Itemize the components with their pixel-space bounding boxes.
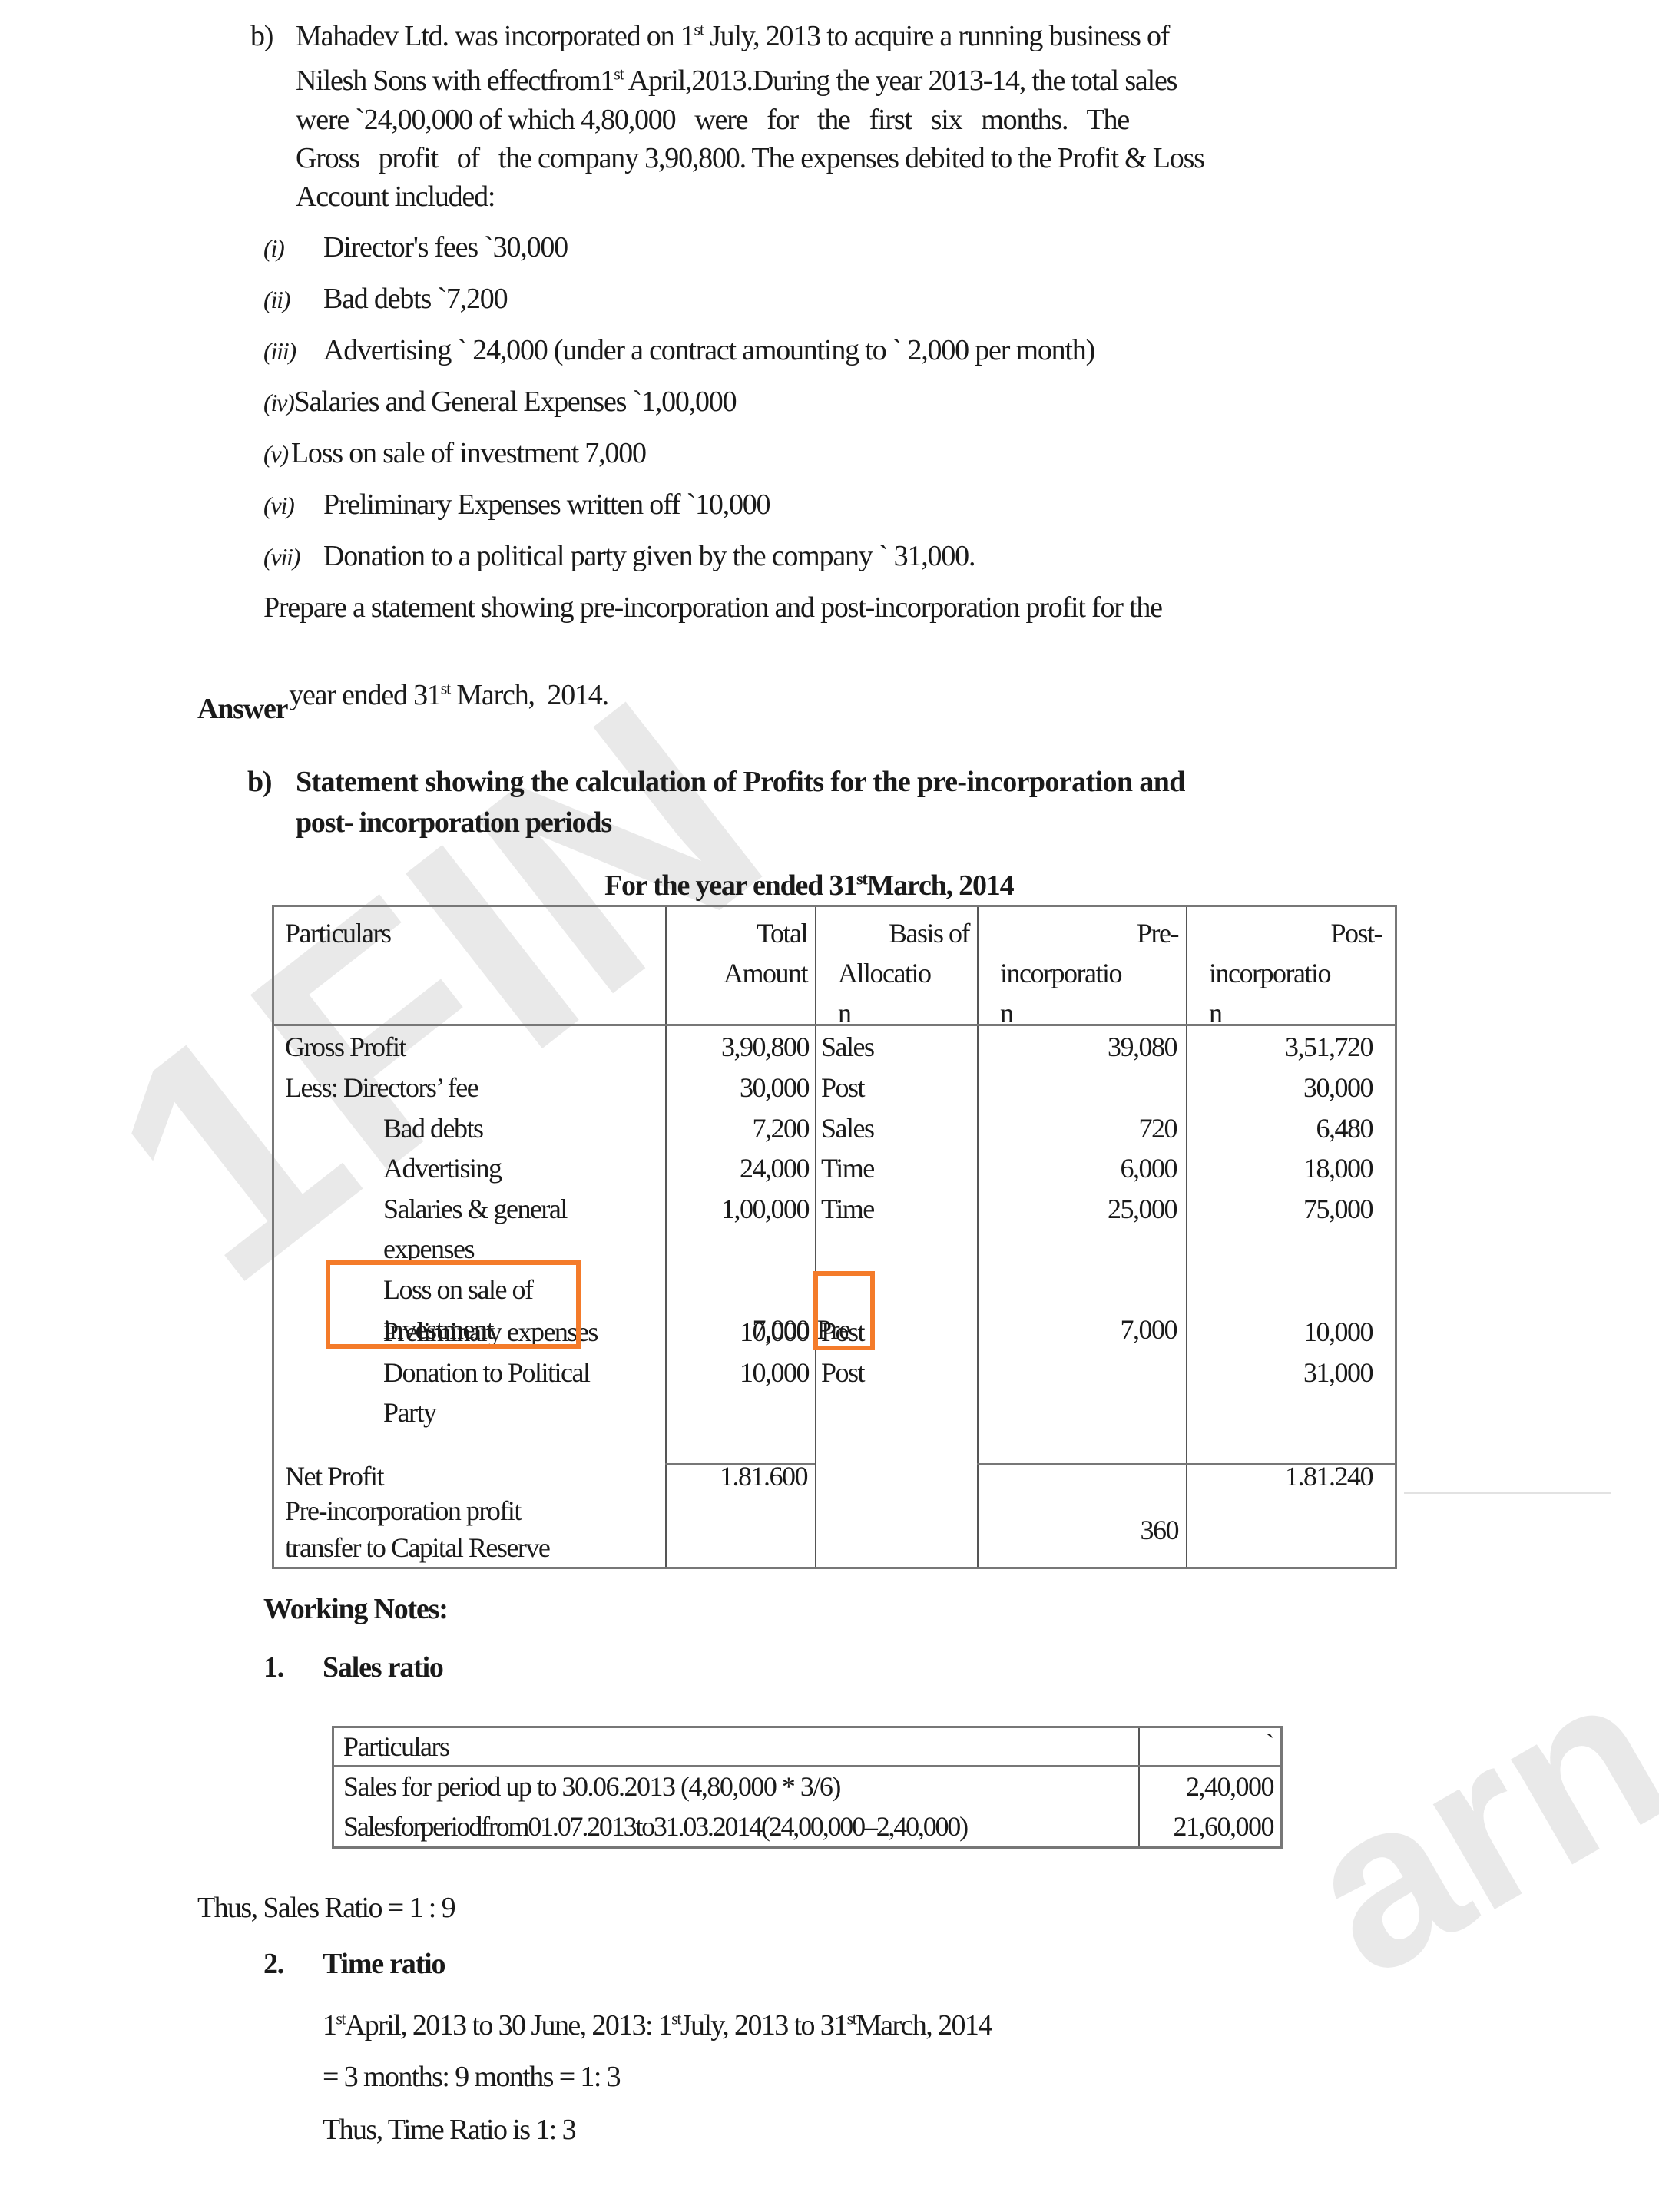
item-text: Advertising ` 24,000 (under a contract a…	[323, 334, 1094, 366]
row-basis: Sales	[821, 1027, 967, 1067]
row-particulars: Less: Directors’ fee	[285, 1068, 478, 1108]
row-total: 24,000	[665, 1148, 809, 1188]
time-ratio-conclusion: Thus, Time Ratio is 1: 3	[323, 2111, 575, 2149]
header-basis: Basis of Allocatio n	[815, 913, 969, 1033]
row-particulars: Salaries & generalexpenses	[383, 1189, 567, 1269]
sales-header-particulars: Particulars	[343, 1727, 449, 1767]
row-basis: Post	[821, 1353, 967, 1392]
row-total: 30,000	[665, 1068, 809, 1108]
header-total: TotalAmount	[665, 913, 807, 993]
item-number: (vii)	[263, 538, 323, 576]
time-ratio-period: 1stApril, 2013 to 30 June, 2013: 1stJuly…	[323, 2006, 992, 2045]
working-notes-title: Working Notes:	[263, 1590, 448, 1628]
question-line-5: Account included:	[296, 177, 495, 216]
capital-reserve-pre: 360	[977, 1510, 1178, 1550]
row-total: 3,90,800	[665, 1027, 809, 1067]
sales-ratio-title: Sales ratio	[323, 1648, 443, 1687]
statement-heading-line-2: post- incorporation periods	[296, 803, 611, 842]
row-pre: 39,080	[977, 1027, 1177, 1067]
item-number: (iii)	[263, 332, 323, 370]
question-line-1: Mahadev Ltd. was incorporated on 1st Jul…	[296, 17, 1169, 55]
expense-item: (iv)Salaries and General Expenses `1,00,…	[263, 382, 736, 422]
stray-rule	[1404, 1492, 1611, 1494]
expense-item: (ii)Bad debts `7,200	[263, 280, 507, 319]
sales-row-2-amount: 21,60,000	[1138, 1806, 1273, 1846]
header-pre: Pre- incorporatio n	[977, 913, 1178, 1033]
profit-statement-table: Particulars TotalAmount Basis of Allocat…	[272, 905, 1397, 1569]
row-post: 30,000	[1186, 1068, 1373, 1108]
item-number: (i)	[263, 229, 323, 267]
row-basis: Post	[821, 1068, 967, 1108]
item-number: (v)	[263, 435, 288, 473]
prepare-line-1: Prepare a statement showing pre-incorpor…	[263, 588, 1162, 627]
row-particulars: Gross Profit	[285, 1027, 406, 1067]
sales-ratio-table: Particulars ` Sales for period up to 30.…	[332, 1726, 1283, 1849]
row-pre: 720	[977, 1108, 1177, 1148]
row-post: 3,51,720	[1186, 1027, 1373, 1067]
row-post: 31,000	[1186, 1353, 1373, 1392]
row-post: 75,000	[1186, 1189, 1373, 1229]
row-post: 10,000	[1186, 1312, 1373, 1352]
row-basis: Time	[821, 1148, 967, 1188]
row-particulars: Bad debts	[383, 1108, 482, 1148]
row-post: 18,000	[1186, 1148, 1373, 1188]
expense-item: (vii)Donation to a political party given…	[263, 537, 975, 576]
item-text: Loss on sale of investment 7,000	[291, 437, 646, 469]
question-label: b)	[250, 17, 273, 55]
sales-row-2-particulars: Salesforperiodfrom01.07.2013to31.03.2014…	[343, 1806, 967, 1846]
item-text: Preliminary Expenses written off `10,000	[323, 488, 770, 521]
item-text: Director's fees `30,000	[323, 231, 568, 263]
question-line-4: Gross profit of the company 3,90,800. Th…	[296, 139, 1204, 177]
capital-reserve-label: Pre-incorporation profit transfer to Cap…	[285, 1492, 549, 1566]
time-ratio-months: = 3 months: 9 months = 1: 3	[323, 2058, 620, 2096]
net-profit-post: 1.81.240	[1186, 1459, 1373, 1494]
question-line-3: were `24,00,000 of which 4,80,000 were f…	[296, 101, 1129, 139]
sales-ratio-num: 1.	[263, 1648, 283, 1687]
row-particulars: Advertising	[383, 1148, 501, 1188]
row-total: 7,200	[665, 1108, 809, 1148]
row-basis: Time	[821, 1189, 967, 1229]
sales-row-1-particulars: Sales for period up to 30.06.2013 (4,80,…	[343, 1767, 840, 1806]
sales-row-1-amount: 2,40,000	[1138, 1767, 1273, 1806]
question-line-2: Nilesh Sons with effectfrom1st April,201…	[296, 61, 1177, 100]
row-total: 1,00,000	[665, 1189, 809, 1229]
item-number: (ii)	[263, 280, 323, 319]
row-pre: 25,000	[977, 1189, 1177, 1229]
expense-item: (v)Loss on sale of investment 7,000	[263, 434, 646, 473]
expense-item: (i)Director's fees `30,000	[263, 228, 568, 267]
item-text: Bad debts `7,200	[323, 283, 507, 315]
row-post: 6,480	[1186, 1108, 1373, 1148]
row-total: 10,000	[665, 1353, 809, 1392]
header-particulars: Particulars	[285, 913, 390, 953]
item-number: (vi)	[263, 486, 323, 525]
item-text: Donation to a political party given by t…	[323, 540, 975, 572]
highlight-box-particulars	[326, 1260, 581, 1349]
sales-ratio-conclusion: Thus, Sales Ratio = 1 : 9	[197, 1889, 455, 1927]
row-total: 10,000	[665, 1312, 809, 1352]
expense-item: (iii)Advertising ` 24,000 (under a contr…	[263, 331, 1094, 370]
prepare-line-2: year ended 31st March, 2014.	[263, 637, 608, 753]
item-text: Salaries and General Expenses `1,00,000	[294, 386, 737, 418]
row-pre: 7,000	[977, 1310, 1177, 1349]
header-post: Post- incorporatio n	[1186, 913, 1382, 1033]
answer-label: Answer	[197, 690, 287, 728]
time-ratio-title: Time ratio	[323, 1945, 445, 1983]
net-profit-label: Net Profit	[285, 1459, 383, 1494]
net-profit-total: 1.81.600	[665, 1459, 807, 1494]
row-particulars: Donation to PoliticalParty	[383, 1353, 589, 1432]
highlight-box-basis	[813, 1271, 875, 1350]
expense-item: (vi)Preliminary Expenses written off `10…	[263, 485, 770, 525]
row-basis: Sales	[821, 1108, 967, 1148]
statement-heading-line-1: Statement showing the calculation of Pro…	[296, 763, 1185, 801]
period-caption: For the year ended 31stMarch, 2014	[604, 866, 1013, 905]
document-page: b) Mahadev Ltd. was incorporated on 1st …	[0, 0, 1659, 2212]
sales-header-amount: `	[1138, 1724, 1273, 1763]
statement-label: b)	[247, 763, 271, 801]
row-pre: 6,000	[977, 1148, 1177, 1188]
item-number: (iv)	[263, 383, 294, 422]
time-ratio-num: 2.	[263, 1945, 283, 1983]
